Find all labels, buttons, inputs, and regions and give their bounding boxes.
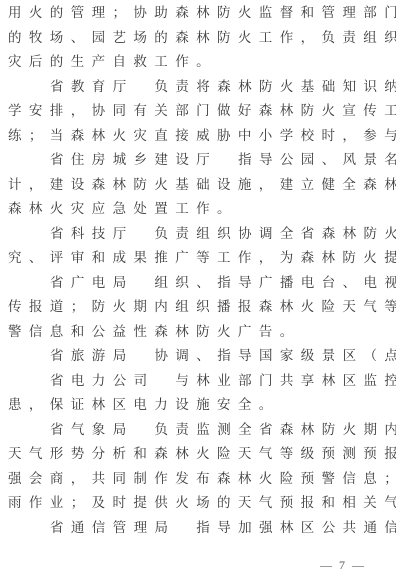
text-line: 天气形势分析和森林火险天气等级预测预报；与省森林防火办加 [8,442,390,467]
text-line: 计，建设森林防火基础设施，建立健全森林防火组织，参与有关 [8,173,390,198]
text-line: 究、评审和成果推广等工作，为森林防火提供科技支撑。 [8,246,390,271]
text-line: 灾后的生产自救工作。 [8,50,390,75]
text-line: 雨作业；及时提供火场的天气预报和相关气象服务。 [8,491,390,516]
paragraph-start-line: 省电力公司 与林业部门共享林区监控信息，消除火灾隐 [8,369,390,394]
text-line: 用火的管理；协助森林防火监督和管理部门指导设在林区或毗连 [8,1,390,26]
document-page: 用火的管理；协助森林防火监督和管理部门指导设在林区或毗连的牧场、园艺场的森林防火… [0,0,396,587]
paragraph-start-line: 省旅游局 协调、指导国家级景区（点）的森林防火工作。 [8,344,390,369]
paragraph-start-line: 省气象局 负责监测全省森林防火期内天气变化情况，做好 [8,418,390,443]
paragraph-start-line: 省科技厅 负责组织协调全省森林防火科学技术立项、研 [8,222,390,247]
page-number: — 7 — [320,558,390,572]
paragraph-start-line: 省教育厅 负责将森林防火基础知识纳入中小学校的教育教 [8,75,390,100]
text-line: 练；当森林火灾直接威胁中小学校时，参与应急避险工作。 [8,124,390,149]
paragraph-start-line: 省通信管理局 指导加强林区公共通信设施建设，协调做好 [8,516,390,541]
paragraph-start-line: 省广电局 组织、指导广播电台、电视台做好森林火灾的宣 [8,271,390,296]
text-line: 强会商，共同制作发布森林火险预警信息；适时组织实施人工增 [8,467,390,492]
body-text: 用火的管理；协助森林防火监督和管理部门指导设在林区或毗连的牧场、园艺场的森林防火… [8,1,390,540]
paragraph-start-line: 省住房城乡建设厅 指导公园、风景名胜区做好防火规划设 [8,148,390,173]
text-line: 学安排，协同有关部门做好森林防火宣传工作，共同组织应急演 [8,99,390,124]
text-line: 警信息和公益性森林防火广告。 [8,320,390,345]
text-line: 患，保证林区电力设施安全。 [8,393,390,418]
text-line: 传报道；防火期内组织播报森林火险天气等级预报、森林火灾预 [8,295,390,320]
text-line: 的牧场、园艺场的森林防火工作，负责组织牧场、园艺场森林火 [8,26,390,51]
text-line: 森林火灾应急处置工作。 [8,197,390,222]
